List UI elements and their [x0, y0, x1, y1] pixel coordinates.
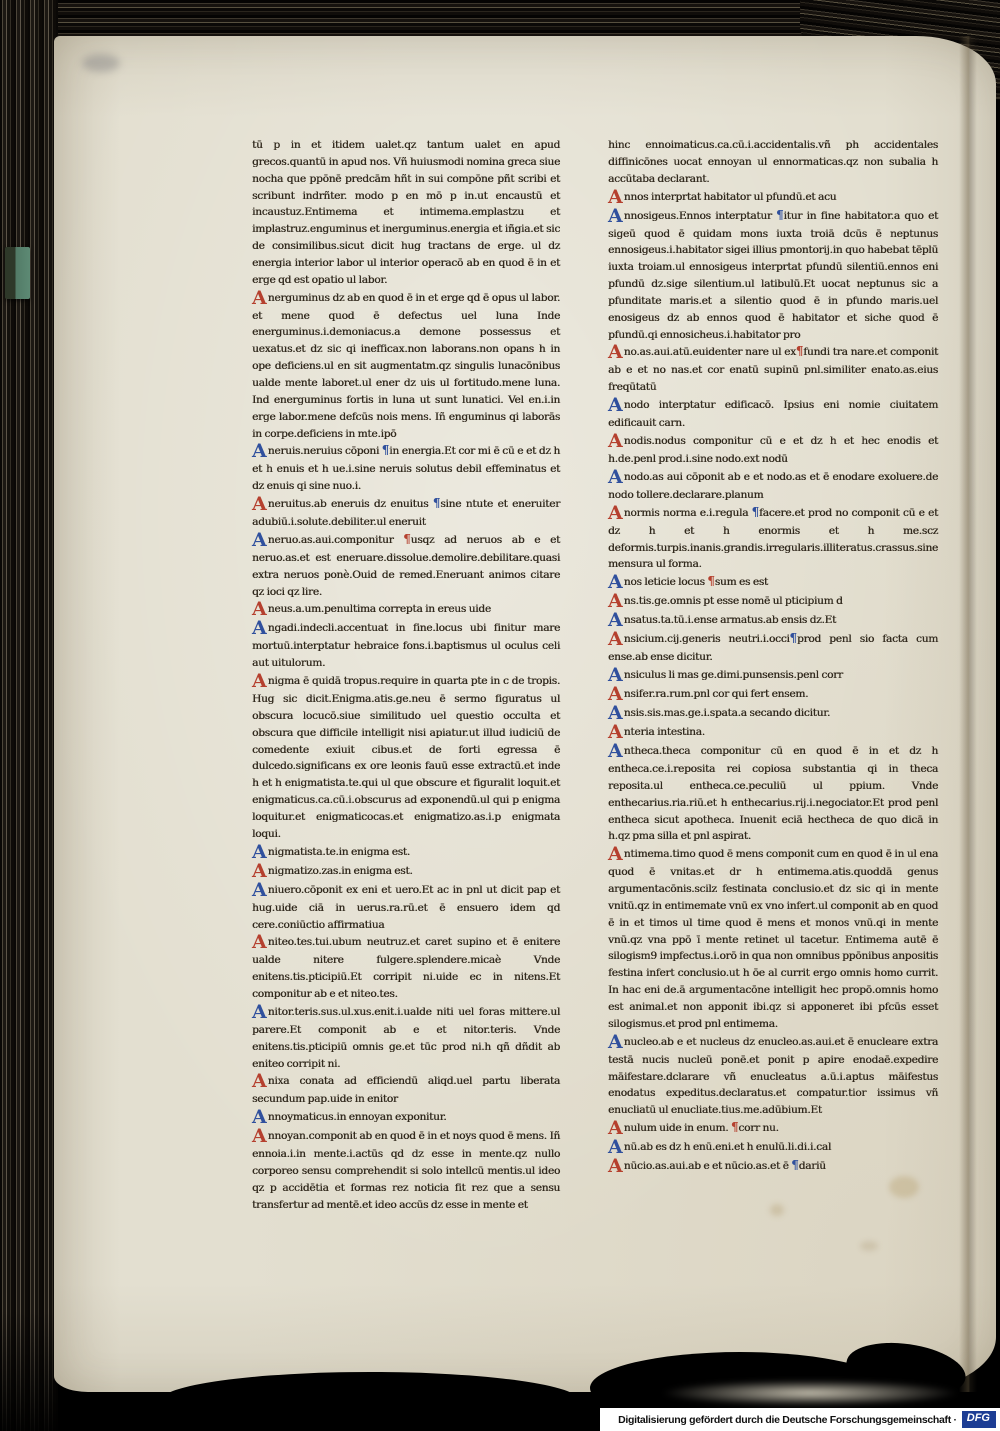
- stain: [770, 1204, 784, 1216]
- text-column-left: tū p in et itidem ualet.qz tantum ualet …: [252, 137, 560, 1214]
- dictionary-entry: Anulum uide in enum. ¶corr nu.: [608, 1119, 938, 1138]
- illuminated-initial: A: [252, 879, 268, 901]
- dictionary-entry: Anos leticie locus ¶sum es est: [608, 573, 938, 592]
- illuminated-initial: A: [252, 287, 268, 309]
- digitization-banner: Digitalisierung gefördert durch die Deut…: [600, 1408, 1000, 1431]
- illuminated-initial: A: [252, 493, 268, 515]
- book-page-edges-left: [0, 0, 58, 1431]
- dictionary-entry: Anucleo.ab e et nucleus dz enucleo.as.au…: [608, 1033, 938, 1119]
- illuminated-initial: A: [608, 628, 624, 650]
- illuminated-initial: A: [252, 440, 268, 462]
- dictionary-entry: Aniuero.cōponit ex eni et uero.Et ac in …: [252, 881, 560, 934]
- dictionary-entry: Annosigeus.Ennos interptatur ¶itur in fi…: [608, 207, 938, 344]
- paragraph-mark: ¶: [433, 496, 440, 510]
- paragraph-mark: ¶: [791, 1158, 798, 1172]
- dictionary-entry: Ano.as.aui.atū.euidenter nare ul ex¶fund…: [608, 343, 938, 396]
- dictionary-entry: Ansis.sis.mas.ge.i.spata.a secando dicit…: [608, 704, 938, 723]
- dictionary-entry: Ansatus.ta.tū.i.ense armatus.ab ensis dz…: [608, 611, 938, 630]
- dictionary-entry: Angadi.indecli.accentuat in fine.locus u…: [252, 619, 560, 672]
- illuminated-initial: A: [608, 740, 624, 762]
- dictionary-entry: Annoymaticus.in ennoyan exponitur.: [252, 1108, 560, 1127]
- paragraph-mark: ¶: [707, 574, 714, 588]
- dictionary-entry: Ansifer.ra.rum.pnl cor qui fert ensem.: [608, 685, 938, 704]
- dictionary-entry: Aneus.a.um.penultima correpta in ereus u…: [252, 600, 560, 619]
- dictionary-entry: Aneruis.neruius cōponi ¶in energia.Et co…: [252, 442, 560, 495]
- paragraph-mark: ¶: [731, 1120, 738, 1134]
- dictionary-entry: Anteria intestina.: [608, 723, 938, 742]
- illuminated-initial: A: [252, 617, 268, 639]
- dictionary-entry: Anigma ē quidā tropus.require in quarta …: [252, 672, 560, 843]
- illuminated-initial: A: [252, 1001, 268, 1023]
- dictionary-entry: Anigmatista.te.in enigma est.: [252, 843, 560, 862]
- illuminated-initial: A: [608, 430, 624, 452]
- stain: [860, 1241, 878, 1251]
- page-bottom-edge-shadow: [160, 1372, 580, 1430]
- paragraph-mark: ¶: [776, 208, 783, 222]
- dictionary-entry: Aneruitus.ab eneruis dz enuitus ¶sine nt…: [252, 495, 560, 531]
- text-column-right: hinc ennoimaticus.ca.cū.i.accidentalis.v…: [608, 137, 938, 1176]
- dictionary-entry: hinc ennoimaticus.ca.cū.i.accidentalis.v…: [608, 137, 938, 188]
- illuminated-initial: A: [252, 670, 268, 692]
- illuminated-initial: A: [252, 529, 268, 551]
- paragraph-mark: ¶: [403, 532, 410, 546]
- page-edge-glow: [660, 1380, 960, 1406]
- illuminated-initial: A: [608, 1031, 624, 1053]
- dfg-logo: DFG: [962, 1411, 996, 1427]
- dictionary-entry: Ansiculus li mas ge.dimi.punsensis.penl …: [608, 666, 938, 685]
- paragraph-mark: ¶: [752, 505, 759, 519]
- dictionary-entry: Aniteo.tes.tui.ubum neutruz.et caret sup…: [252, 933, 560, 1003]
- illuminated-initial: A: [608, 1155, 624, 1177]
- illuminated-initial: A: [252, 1125, 268, 1147]
- banner-text: Digitalisierung gefördert durch die Deut…: [618, 1414, 957, 1426]
- dictionary-entry: Anixa conata ad efficiendū aliqd.uel par…: [252, 1072, 560, 1108]
- dictionary-entry: Anodo.as aui cōponit ab e et nodo.as et …: [608, 468, 938, 504]
- illuminated-initial: A: [608, 466, 624, 488]
- paragraph-mark: ¶: [790, 631, 797, 645]
- dictionary-entry: Anodis.nodus componitur cū e et dz h et …: [608, 432, 938, 468]
- stain: [889, 1176, 919, 1198]
- paragraph-mark: ¶: [796, 344, 803, 358]
- dictionary-entry: Anerguminus dz ab en quod ē in et erge q…: [252, 289, 560, 443]
- dictionary-entry: Anū.ab es dz h enū.eni.et h enulū.li.di.…: [608, 1138, 938, 1157]
- illuminated-initial: A: [608, 843, 624, 865]
- dictionary-entry: Anormis norma e.i.regula ¶facere.et prod…: [608, 504, 938, 574]
- pencil-smudge: [82, 54, 120, 72]
- dictionary-entry: Ans.tis.ge.omnis pt esse nomē ul pticipi…: [608, 592, 938, 611]
- paragraph-mark: ¶: [382, 443, 389, 457]
- dictionary-entry: Anodo interptatur edificacō. Ipsius eni …: [608, 396, 938, 432]
- dictionary-entry: Aneruo.as.aui.componitur ¶usqz ad neruos…: [252, 531, 560, 601]
- illuminated-initial: A: [608, 341, 624, 363]
- dictionary-entry: Annoyan.componit ab en quod ē in et noys…: [252, 1127, 560, 1213]
- dictionary-entry: Ansicium.cij.generis neutri.i.occi¶prod …: [608, 630, 938, 666]
- dictionary-entry: Annos interprtat habitator ul pfundū.et …: [608, 188, 938, 207]
- illuminated-initial: A: [252, 1070, 268, 1092]
- dictionary-entry: Anitor.teris.sus.ul.xus.enit.i.ualde nit…: [252, 1003, 560, 1073]
- manuscript-page: tū p in et itidem ualet.qz tantum ualet …: [54, 36, 996, 1392]
- dictionary-entry: Antimema.timo quod ē mens componit cum e…: [608, 845, 938, 1032]
- illuminated-initial: A: [252, 931, 268, 953]
- dictionary-entry: Antheca.theca componitur cū en quod ē in…: [608, 742, 938, 845]
- illuminated-initial: A: [608, 205, 624, 227]
- bookmark-tab: [5, 247, 30, 299]
- gutter-crease: [959, 36, 977, 1392]
- dictionary-entry: tū p in et itidem ualet.qz tantum ualet …: [252, 137, 560, 289]
- dictionary-entry: Anūcio.as.aui.ab e et nūcio.as.et ē ¶dar…: [608, 1157, 938, 1176]
- illuminated-initial: A: [608, 394, 624, 416]
- illuminated-initial: A: [608, 502, 624, 524]
- dictionary-entry: Anigmatizo.zas.in enigma est.: [252, 862, 560, 881]
